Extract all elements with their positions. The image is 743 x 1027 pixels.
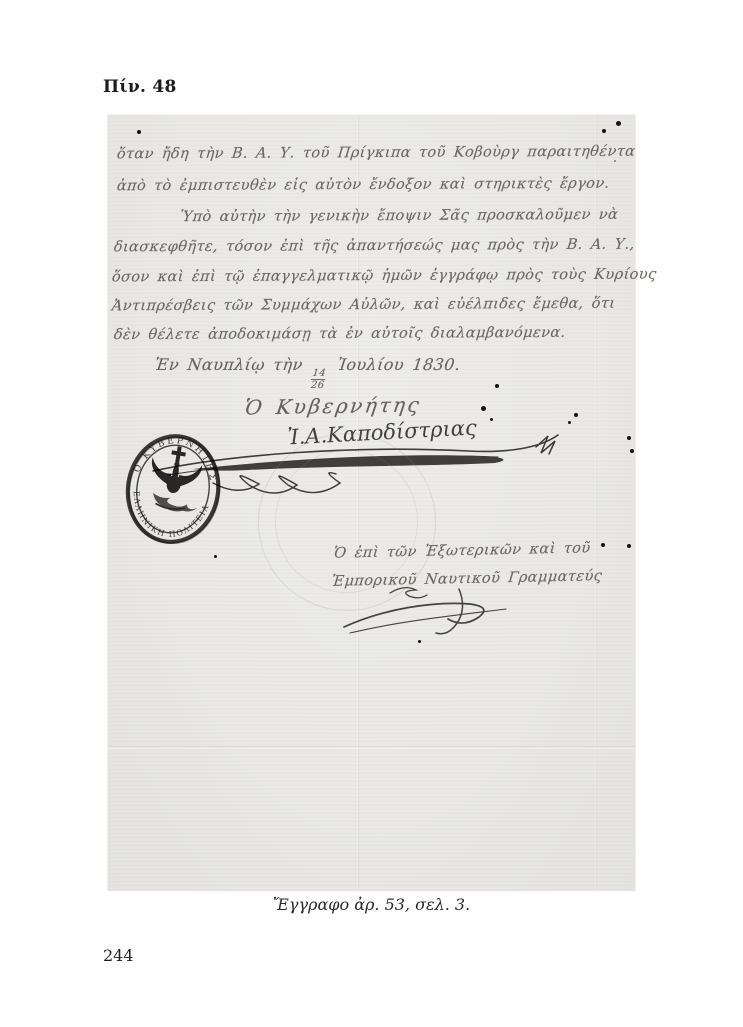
dateline: Ἐν Ναυπλίῳ τὴν 14 26 Ἰουλίου 1830. xyxy=(152,355,462,390)
fold-crease-vertical xyxy=(595,115,597,890)
ink-speck xyxy=(627,544,631,548)
handwriting-line: Ἀντιπρέσβεις τῶν Συμμάχων Αὐλῶν, καὶ εὐέ… xyxy=(111,296,616,315)
seal-rim-text-bottom: ΕΛΛΗΝΙΚΗ ΠΟΛΙΤΕΙΑ xyxy=(125,489,211,545)
ink-speck xyxy=(616,121,621,126)
fold-crease-horizontal xyxy=(108,746,635,749)
page-number: 244 xyxy=(103,946,134,965)
ink-speck xyxy=(574,413,578,417)
handwriting-line: ὅσον καὶ ἐπὶ τῷ ἐπαγγελματικῷ ἡμῶν ἐγγρά… xyxy=(111,267,657,286)
handwriting-line: Ὑπὸ αὐτὴν τὴν γενικὴν ἔποψιν Σᾶς προσκαλ… xyxy=(179,207,619,225)
handwriting-line: διασκεφθῆτε, τόσον ἐπὶ τῆς ἀπαντήσεώς μα… xyxy=(113,237,636,256)
ink-speck xyxy=(490,418,493,421)
embossed-watermark-inner xyxy=(275,450,418,593)
ink-speck xyxy=(214,555,217,558)
date-gregorian: 26 xyxy=(310,381,325,390)
ink-speck xyxy=(568,421,571,424)
official-seal: Ο ΚΥΒΕΡΝΗΤΗΣ ΕΛΛΗΝΙΚΗ ΠΟΛΙΤΕΙΑ xyxy=(118,428,228,550)
handwriting-line: ἀπὸ τὸ ἐμπιστευθὲν εἰς αὐτὸν ἔνδοξον καὶ… xyxy=(116,176,610,195)
ink-speck xyxy=(602,129,606,133)
ink-speck xyxy=(495,384,499,388)
dateline-place: Ἐν Ναυπλίῳ τὴν xyxy=(154,355,304,374)
secretary-signature-flourish xyxy=(338,581,518,651)
ink-speck xyxy=(137,130,141,134)
handwriting-line: ὅταν ἤδη τὴν Β. Α. Υ. τοῦ Πρίγκιπα τοῦ Κ… xyxy=(116,144,636,163)
dateline-month-year: Ἰουλίου 1830. xyxy=(337,355,462,374)
handwriting-line: δὲν θέλετε ἀποδοκιμάσῃ τὰ ἐν αὐτοῖς διαλ… xyxy=(113,325,566,343)
ink-speck xyxy=(614,160,616,162)
ink-speck xyxy=(627,436,631,440)
ink-speck xyxy=(630,449,634,453)
svg-text:ΕΛΛΗΝΙΚΗ ΠΟΛΙΤΕΙΑ: ΕΛΛΗΝΙΚΗ ΠΟΛΙΤΕΙΑ xyxy=(125,489,211,545)
document-scan: ὅταν ἤδη τὴν Β. Α. Υ. τοῦ Πρίγκιπα τοῦ Κ… xyxy=(108,115,635,890)
ink-speck xyxy=(418,640,421,643)
date-julian: 14 xyxy=(312,369,327,378)
ink-speck xyxy=(481,406,486,411)
date-fraction: 14 26 xyxy=(310,369,327,390)
plate-label: Πίν. 48 xyxy=(103,77,177,97)
ink-speck xyxy=(601,543,605,547)
caption: Ἔγγραφο ἀρ. 53, σελ. 3. xyxy=(108,895,635,914)
